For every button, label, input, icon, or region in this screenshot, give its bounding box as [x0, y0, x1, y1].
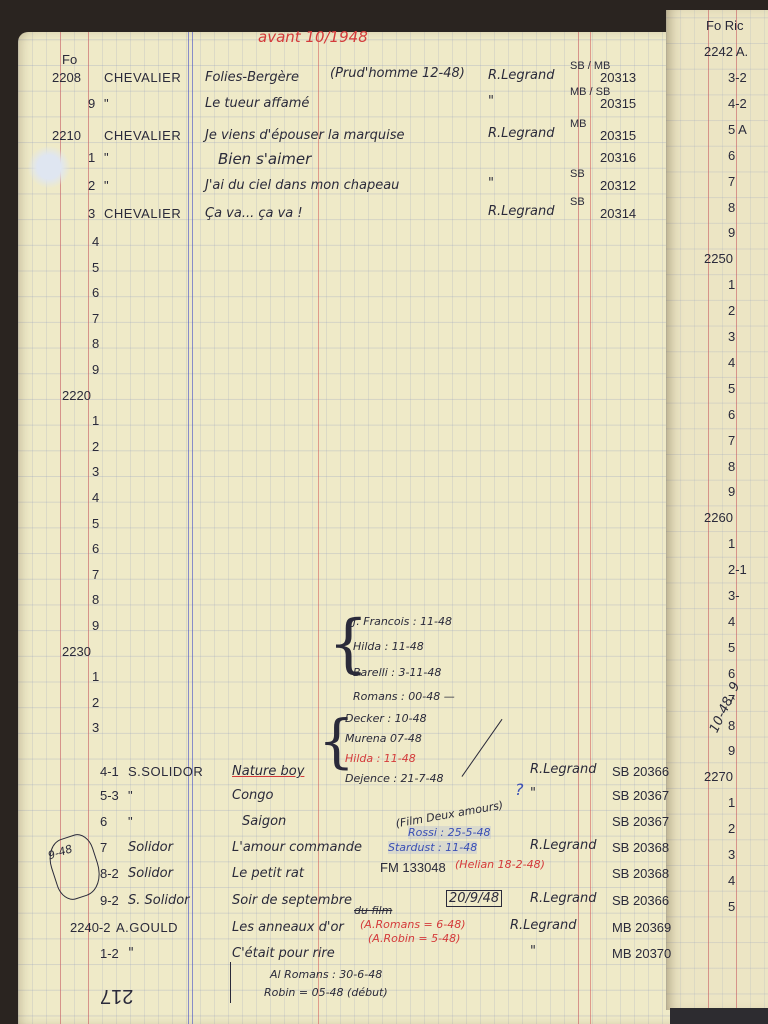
facing-header: Fo Ric [706, 18, 744, 33]
brace-list-item: Decker : 10-48 [345, 712, 427, 725]
facing-folio-number: 5 A [728, 122, 747, 137]
entry-title: Je viens d'épouser la marquise [205, 128, 405, 143]
entry-artist: CHEVALIER [104, 128, 181, 143]
entry-title: Saigon [242, 814, 286, 829]
facing-first-entry: 2242 A. [704, 44, 748, 59]
folio-number: 7 [92, 567, 99, 582]
facing-folio-number: 1 [728, 536, 735, 551]
entry-catalog: 20312 [600, 178, 636, 193]
entry-catalog-prefix: SB [570, 168, 585, 180]
brace-list-item: J. Francois : 11-48 [353, 615, 452, 628]
folio-number: 1 [92, 669, 99, 684]
folio-number: 2230 [62, 644, 91, 659]
facing-folio-number: 4-2 [728, 96, 747, 111]
facing-folio-number: 5 [728, 899, 735, 914]
folio-number: 1 [92, 413, 99, 428]
facing-folio-number: 4 [728, 614, 735, 629]
entry-title: Congo [232, 788, 273, 803]
page-number: 217 [100, 984, 133, 1007]
fm-number: FM 133048 [380, 860, 446, 875]
entry-artist: CHEVALIER [104, 206, 181, 221]
film-struck: du film [354, 904, 392, 917]
facing-folio-number: 5 [728, 640, 735, 655]
facing-folio-number: 3 [728, 329, 735, 344]
robin-note: Robin = 05-48 (début) [264, 986, 388, 999]
entry-catalog: 20314 [600, 206, 636, 221]
facing-folio-number: 2-1 [728, 562, 747, 577]
entry-folio: 9-2 [100, 893, 119, 908]
facing-folio-number: 9 [728, 743, 735, 758]
folio-number: 4 [92, 490, 99, 505]
folio-number: 9 [92, 362, 99, 377]
entry-author: " [530, 944, 536, 959]
entry-artist: Solidor [128, 840, 173, 855]
facing-folio-number: 8 [728, 459, 735, 474]
facing-folio-number: 4 [728, 355, 735, 370]
entry-title: Les anneaux d'or [232, 920, 344, 935]
folio-number: 6 [92, 541, 99, 556]
facing-folio-number: 8 [728, 718, 735, 733]
folio-number: 7 [92, 311, 99, 326]
facing-folio-number: 3 [728, 847, 735, 862]
entry-title: Folies-Bergère [205, 70, 299, 85]
entry-folio: 2208 [52, 70, 81, 85]
entry-folio: 1 [88, 150, 95, 165]
entry-note: (Prud'homme 12-48) [330, 66, 465, 81]
entry-catalog: SB 20368 [612, 866, 669, 881]
entry-artist: " [104, 178, 109, 193]
facing-folio-number: 2270 [704, 769, 733, 784]
entry-author: R.Legrand [530, 891, 596, 906]
entry-author: R.Legrand [530, 838, 596, 853]
entry-author: R.Legrand [488, 204, 554, 219]
a-romans-note: (A.Romans = 6-48) [360, 918, 466, 931]
blue-smudge [28, 146, 70, 188]
al-romans-note: Al Romans : 30-6-48 [270, 968, 382, 981]
entry-author: " [488, 94, 494, 109]
entry-artist: " [128, 946, 134, 961]
facing-folio-number: 9 [728, 225, 735, 240]
entry-catalog: SB 20367 [612, 814, 669, 829]
facing-folio-number: 7 [728, 433, 735, 448]
folio-number: 5 [92, 260, 99, 275]
entry-author: " [488, 176, 494, 191]
column-divider [192, 32, 193, 1024]
folio-number: 2 [92, 439, 99, 454]
entry-catalog: SB 20366 [612, 893, 669, 908]
entry-author: " [530, 786, 536, 801]
entry-artist: CHEVALIER [104, 70, 181, 85]
entry-catalog: MB 20370 [612, 946, 671, 961]
facing-folio-number: 6 [728, 407, 735, 422]
entry-catalog-prefix: MB [570, 118, 587, 130]
brace-list-item: Hilda : 11-48 [345, 752, 416, 765]
entry-catalog: MB 20369 [612, 920, 671, 935]
margin-line [736, 10, 737, 1010]
folio-header: Fo [62, 52, 77, 67]
folio-number: 6 [92, 285, 99, 300]
entry-folio: 8-2 [100, 866, 119, 881]
facing-folio-number: 5 [728, 381, 735, 396]
entry-title: Le petit rat [232, 866, 304, 881]
entry-artist: " [104, 150, 109, 165]
entry-catalog: SB 20367 [612, 788, 669, 803]
folio-number: 3 [92, 720, 99, 735]
entry-catalog: SB 20368 [612, 840, 669, 855]
date-note: avant 10/1948 [258, 28, 368, 46]
folio-number: 3 [92, 464, 99, 479]
facing-folio-number: 6 [728, 148, 735, 163]
folio-number: 2220 [62, 388, 91, 403]
entry-catalog: 20313 [600, 70, 636, 85]
facing-folio-number: 2250 [704, 251, 733, 266]
entry-artist: Solidor [128, 866, 173, 881]
entry-folio: 2240-2 [70, 920, 110, 935]
entry-artist: " [128, 788, 133, 803]
folio-number: 8 [92, 336, 99, 351]
entry-title: Le tueur affamé [205, 96, 309, 111]
facing-folio-number: 1 [728, 795, 735, 810]
folio-number: 5 [92, 516, 99, 531]
a-robin-note: (A.Robin = 5-48) [368, 932, 460, 945]
helian-note: (Helian 18-2-48) [455, 858, 545, 871]
rossi-note: Rossi : 25-5-48 [408, 826, 491, 839]
brace-list-item: Dejence : 21-7-48 [345, 772, 443, 785]
facing-folio-number: 7 [728, 174, 735, 189]
column-divider [578, 32, 579, 1024]
entry-catalog-prefix: SB [570, 196, 585, 208]
facing-folio-number: 4 [728, 873, 735, 888]
entry-catalog: 20315 [600, 128, 636, 143]
entry-title: Bien s'aimer [218, 150, 311, 168]
folio-number: 8 [92, 592, 99, 607]
folio-number: 9 [92, 618, 99, 633]
entry-catalog: 20315 [600, 96, 636, 111]
entry-title: L'amour commande [232, 840, 362, 855]
entry-folio: 2210 [52, 128, 81, 143]
column-divider [188, 32, 189, 1024]
brace-list-item: Romans : 00-48 — [353, 690, 455, 703]
book-edge [670, 1008, 768, 1024]
entry-title: Nature boy [232, 764, 304, 779]
facing-folio-number: 2 [728, 821, 735, 836]
entry-title: Soir de septembre [232, 893, 352, 908]
facing-folio-number: 3-2 [728, 70, 747, 85]
column-divider [590, 32, 591, 1024]
entry-artist: " [104, 96, 109, 111]
folio-number: 4 [92, 234, 99, 249]
entry-artist: S. Solidor [128, 893, 190, 908]
entry-author: R.Legrand [530, 762, 596, 777]
entry-folio: 3 [88, 206, 95, 221]
stardust-note: Stardust : 11-48 [388, 841, 477, 854]
facing-folio-number: 2260 [704, 510, 733, 525]
date-boxed: 20/9/48 [446, 890, 502, 907]
brace-list-item: Hilda : 11-48 [353, 640, 424, 653]
facing-folio-number: 8 [728, 200, 735, 215]
entry-author: R.Legrand [510, 918, 576, 933]
entry-title: J'ai du ciel dans mon chapeau [205, 178, 399, 193]
facing-folio-number: 1 [728, 277, 735, 292]
entry-folio: 4-1 [100, 764, 119, 779]
entry-artist: " [128, 814, 133, 829]
entry-folio: 7 [100, 840, 107, 855]
facing-folio-number: 2 [728, 303, 735, 318]
facing-folio-number: 3- [728, 588, 740, 603]
question-mark: ? [515, 780, 524, 799]
brace-list-item: Murena 07-48 [345, 732, 422, 745]
entry-folio: 2 [88, 178, 95, 193]
entry-author: R.Legrand [488, 126, 554, 141]
entry-folio: 1-2 [100, 946, 119, 961]
brace-list-item: Barelli : 3-11-48 [353, 666, 441, 679]
entry-title: Ça va... ça va ! [205, 206, 303, 221]
entry-artist: A.GOULD [116, 920, 178, 935]
folio-number: 2 [92, 695, 99, 710]
entry-title: C'était pour rire [232, 946, 335, 961]
entry-folio: 6 [100, 814, 107, 829]
entry-folio: 5-3 [100, 788, 119, 803]
entry-artist: S.SOLIDOR [128, 764, 203, 779]
bracket [230, 962, 231, 1003]
facing-folio-number: 9 [728, 484, 735, 499]
entry-catalog: SB 20366 [612, 764, 669, 779]
entry-author: R.Legrand [488, 68, 554, 83]
entry-catalog: 20316 [600, 150, 636, 165]
entry-folio: 9 [88, 96, 95, 111]
